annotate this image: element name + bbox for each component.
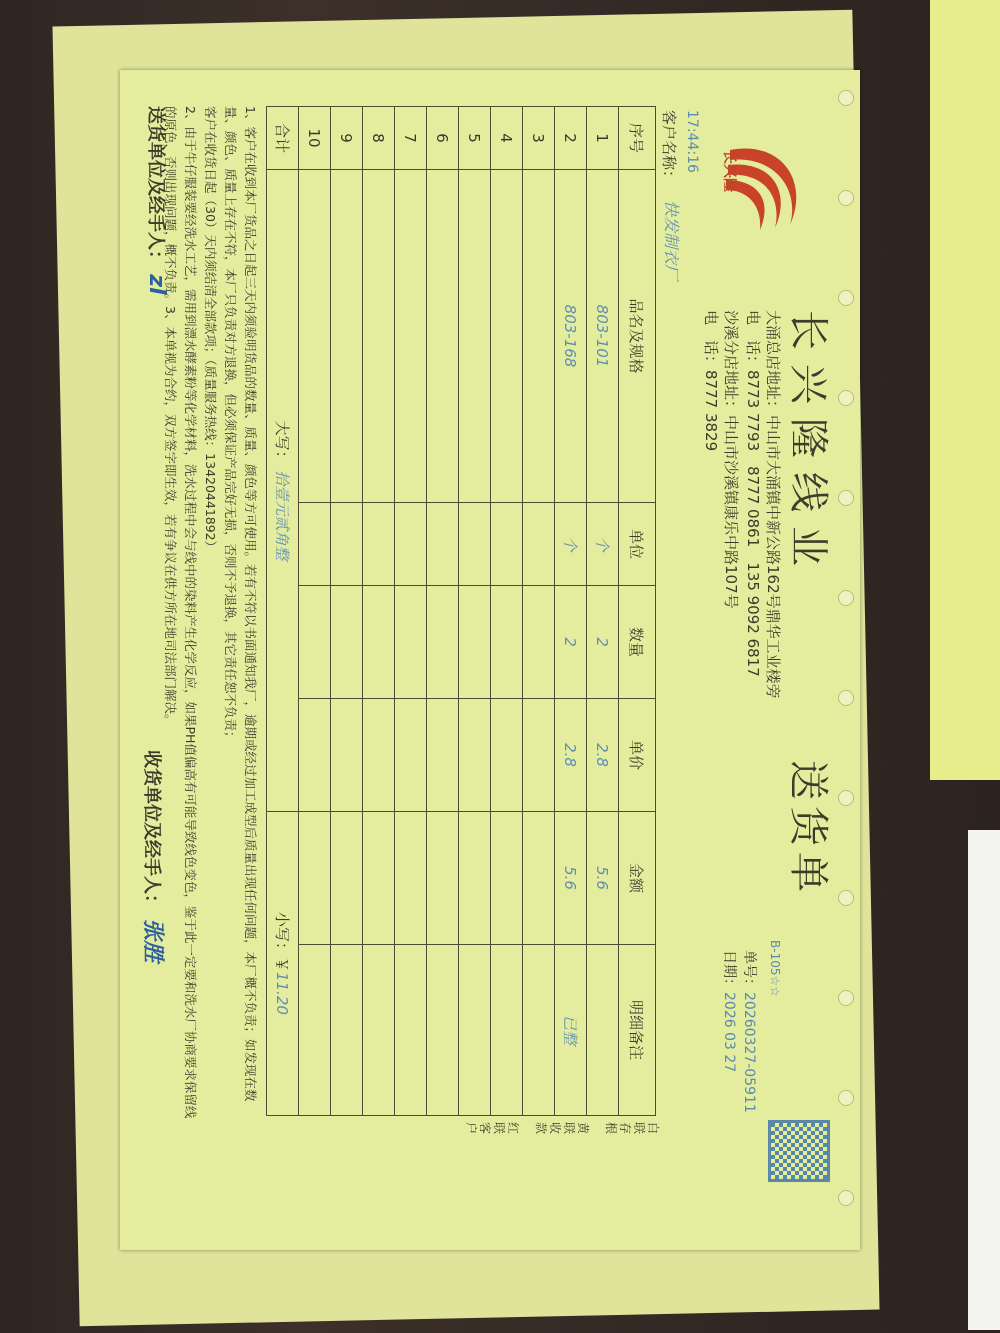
row-no: 6 <box>427 107 459 170</box>
row-amount: 5.6 <box>555 812 587 945</box>
customer-name: 快发制衣厂 <box>661 200 684 280</box>
row-no: 2 <box>555 107 587 170</box>
header-no: 序号 <box>619 107 656 170</box>
adjacent-yellow-paper <box>930 0 1000 780</box>
document-type: 送货单 <box>783 760 840 898</box>
header-qty: 数量 <box>619 586 656 699</box>
table-row: 10 <box>299 107 331 1116</box>
row-no: 4 <box>491 107 523 170</box>
copy-white: 白联存根 <box>604 1122 660 1140</box>
main-store-address: 大涌总店地址：中山市大涌镇中新公路162号鼎华工业楼旁 <box>763 310 784 699</box>
row-price: 2.8 <box>555 699 587 812</box>
row-price: 2.8 <box>587 699 619 812</box>
row-unit: 个 <box>587 503 619 586</box>
table-row: 1803-101个22.85.6 <box>587 107 619 1116</box>
receiver-signature: 张胜 <box>140 918 165 962</box>
terms-and-conditions: 1、客户在收到本厂货品之日起三天内须验明货品的数量、质量、颜色等方可使用。若有不… <box>160 106 260 1126</box>
table-row: 3 <box>523 107 555 1116</box>
tractor-feed-holes <box>830 70 860 1250</box>
total-row: 合计 大写： 拾壹元贰角整 小写：￥11.20 <box>267 107 299 1116</box>
order-number-label: 单号： <box>741 950 757 992</box>
table-row: 2803-168个22.85.6已整 <box>555 107 587 1116</box>
order-date-value: 2026 03 27 <box>721 992 737 1072</box>
order-date-label: 日期： <box>721 950 737 992</box>
sender-signature: zl <box>144 274 169 294</box>
header-amount: 金额 <box>619 812 656 945</box>
delivery-slip: 长兴隆 长兴隆线业 送货单 大涌总店地址：中山市大涌镇中新公路162号鼎华工业楼… <box>120 70 860 1250</box>
header-price: 单价 <box>619 699 656 812</box>
row-no: 9 <box>331 107 363 170</box>
copy-yellow: 黄联收款 <box>534 1122 590 1140</box>
total-upper-value: 拾壹元贰角整 <box>273 470 291 560</box>
qr-code-icon <box>768 1120 830 1182</box>
main-store-phone: 电 话：8773 7793 8777 0861 135 9092 6817 <box>743 310 764 677</box>
table-row: 4 <box>491 107 523 1116</box>
company-name: 长兴隆线业 <box>783 310 840 580</box>
table-row: 5 <box>459 107 491 1116</box>
header-note: 明细备注 <box>619 945 656 1116</box>
table-row: 9 <box>331 107 363 1116</box>
row-note: 已整 <box>555 945 587 1116</box>
row-no: 8 <box>363 107 395 170</box>
row-amount: 5.6 <box>587 812 619 945</box>
receiver-label: 收货单位及经手人： <box>141 750 162 912</box>
items-table: 序号 品名及规格 单位 数量 单价 金额 明细备注 1803-101个22.85… <box>266 106 656 1116</box>
row-note <box>587 945 619 1116</box>
branch-store-address: 沙溪分店地址：中山市沙溪镇康乐中路107号 <box>721 310 742 609</box>
copy-designations: 白联存根 黄联收款 红联客户 <box>450 1122 660 1140</box>
table-row: 6 <box>427 107 459 1116</box>
sender-signature-block: 送货单位及经手人： zl <box>144 106 170 295</box>
header-item: 品名及规格 <box>619 170 656 503</box>
branch-store-phone: 电 话：8777 3829 <box>701 310 722 451</box>
header-unit: 单位 <box>619 503 656 586</box>
row-no: 10 <box>299 107 331 170</box>
copy-red: 红联客户 <box>464 1122 520 1140</box>
terms-line-1: 1、客户在收到本厂货品之日起三天内须验明货品的数量、质量、颜色等方可使用。若有不… <box>220 106 260 1126</box>
brand-small-text: 长兴隆 <box>720 150 740 192</box>
table-row: 8 <box>363 107 395 1116</box>
total-upper-label: 大写： <box>273 421 291 466</box>
customer-label: 客户名称： <box>659 110 680 185</box>
total-lower-label: 小写：￥ <box>273 912 291 972</box>
order-number-value: 20260327-05911 <box>741 992 757 1113</box>
table-header-row: 序号 品名及规格 单位 数量 单价 金额 明细备注 <box>619 107 656 1116</box>
print-time: 17:44:16 <box>684 110 700 173</box>
row-item: 803-168 <box>555 170 587 503</box>
row-no: 3 <box>523 107 555 170</box>
terms-line-2: 客户在收货日起（30）天内须结清全部款项；（质量服务热线：13420441892… <box>200 106 220 1126</box>
serial-stamp: B-105☆☆ <box>768 940 782 997</box>
row-no: 7 <box>395 107 427 170</box>
row-no: 1 <box>587 107 619 170</box>
row-item: 803-101 <box>587 170 619 503</box>
sender-label: 送货单位及经手人： <box>145 106 166 268</box>
table-row: 7 <box>395 107 427 1116</box>
row-qty: 2 <box>555 586 587 699</box>
row-unit: 个 <box>555 503 587 586</box>
row-qty: 2 <box>587 586 619 699</box>
total-lower-value: 11.20 <box>273 972 291 1015</box>
row-no: 5 <box>459 107 491 170</box>
order-date: 日期：2026 03 27 <box>720 950 740 1072</box>
adjacent-white-paper <box>968 830 1000 1330</box>
total-label: 合计 <box>267 107 299 170</box>
receiver-signature-block: 收货单位及经手人： 张胜 <box>139 750 170 962</box>
order-number: 单号：20260327-05911 <box>740 950 760 1113</box>
